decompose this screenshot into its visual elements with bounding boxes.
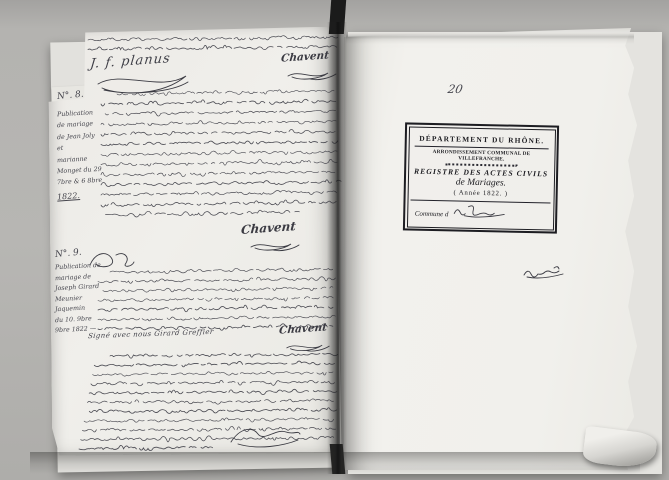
- commune-line: Commune d: [408, 201, 553, 220]
- department-line: DÉPARTEMENT DU RHÔNE.: [409, 133, 554, 145]
- margin-note-line: 7bre & 6 8bre: [57, 175, 104, 189]
- act-10-signature-flourish: [228, 424, 303, 448]
- act-9-opening-flourish: [86, 249, 136, 271]
- signature-paraph: [285, 340, 331, 354]
- right-page: [344, 28, 640, 470]
- margin-note-lines: Publication demariage deJoseph GirardMeu…: [55, 262, 101, 336]
- arrondissement-line: ARRONDISSEMENT COMMUNAL DE VILLEFRANCHE.: [409, 148, 554, 163]
- handwritten-page-number: 20: [447, 82, 464, 96]
- book-gutter: [327, 22, 347, 474]
- register-subtitle: de Mariages.: [408, 176, 553, 189]
- act-number: N°. 8.: [57, 88, 104, 102]
- cartouche-inner-border: DÉPARTEMENT DU RHÔNE. ARRONDISSEMENT COM…: [406, 126, 555, 230]
- margin-note-lines: Publicationde mariagede Jean Jolyetmaria…: [57, 108, 103, 188]
- inscription-flourish: [92, 70, 192, 96]
- fold-crease: [346, 33, 634, 44]
- margin-note-act-8: N°. 8. Publicationde mariagede Jean Joly…: [57, 90, 103, 200]
- register-scan: J. f. planus Chavent N°. 8. Publicationd…: [0, 0, 669, 480]
- commune-label: Commune d: [415, 210, 449, 219]
- commune-name-handwriting: [450, 202, 512, 219]
- year-line: ( Année 1822. ): [408, 188, 553, 198]
- margin-year: 1822.: [57, 189, 104, 201]
- dotted-rule: [445, 163, 517, 167]
- signature-paraph: [247, 239, 303, 253]
- marginal-handwritten-word: [521, 263, 571, 281]
- printed-title-cartouche: DÉPARTEMENT DU RHÔNE. ARRONDISSEMENT COM…: [403, 122, 559, 233]
